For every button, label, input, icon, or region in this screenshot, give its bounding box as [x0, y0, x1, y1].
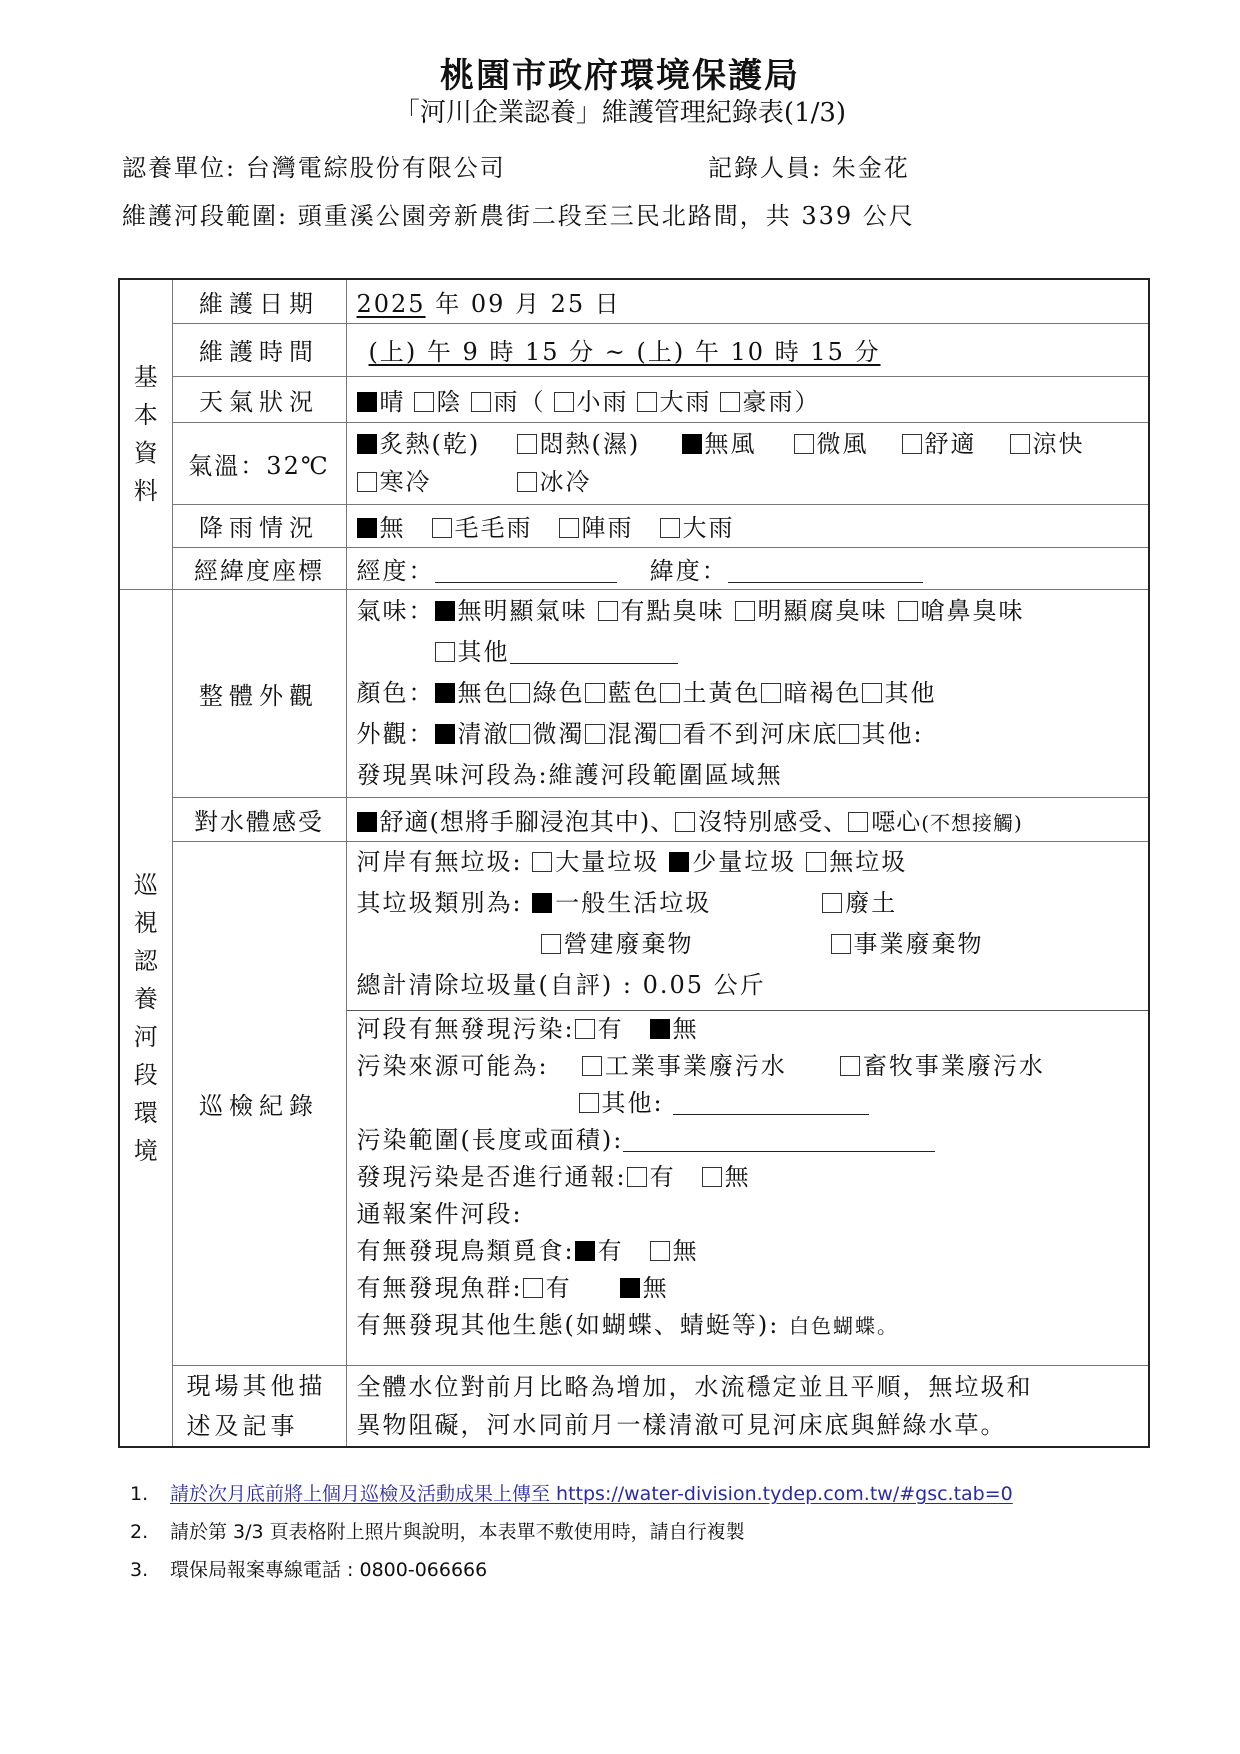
unchecked-box-icon[interactable] — [582, 1056, 602, 1076]
checkbox-label: 無垃圾 — [829, 848, 907, 876]
temperature-line-1: 炙熱(乾)悶熱(濕)無風微風舒適涼快 — [357, 425, 1139, 463]
checkbox-label: 畜牧事業廢污水 — [863, 1052, 1045, 1080]
checked-box-icon[interactable] — [357, 434, 377, 454]
checkbox-label: 其他 — [458, 638, 510, 666]
unchecked-box-icon[interactable] — [840, 1056, 860, 1076]
unchecked-box-icon[interactable] — [585, 683, 605, 703]
row-weather: 天氣狀況 晴陰雨（小雨大雨豪雨） — [119, 376, 1149, 422]
row-time: 維護時間 (上) 午 9 時 15 分 ~ (上) 午 10 時 15 分 — [119, 323, 1149, 376]
checked-box-icon[interactable] — [620, 1278, 640, 1298]
checkbox-option[interactable]: 綠色 — [510, 679, 585, 707]
weather-label: 天氣狀況 — [172, 376, 346, 422]
section-char: 基 — [130, 358, 162, 396]
color-label: 顏色： — [357, 679, 435, 707]
weather-options: 晴陰雨（小雨大雨豪雨） — [346, 376, 1149, 422]
unchecked-box-icon[interactable] — [660, 683, 680, 703]
checkbox-option[interactable]: 少量垃圾 — [669, 848, 796, 876]
checkbox-option[interactable]: 微風 — [794, 425, 902, 463]
checkbox-label: 其他: — [602, 1089, 664, 1117]
checkbox-label: 嗆鼻臭味 — [921, 597, 1025, 625]
other-eco-line: 有無發現其他生態(如蝴蝶、蜻蜓等): 白色蝴蝶。 — [357, 1307, 1139, 1344]
checkbox-option[interactable]: 涼快 — [1010, 425, 1085, 463]
latitude-label: 緯度： — [650, 557, 728, 585]
odor-label: 氣味： — [357, 597, 435, 625]
checkbox-label: 陣雨 — [582, 514, 634, 542]
checkbox-option[interactable]: 無 — [620, 1274, 669, 1302]
odor-section-line: 發現異味河段為:維護河段範圍區域無 — [357, 755, 1139, 796]
note-text: 環保局報案專線電話 : 0800-066666 — [170, 1551, 487, 1589]
checked-box-icon[interactable] — [357, 518, 377, 538]
recorder-line: 記錄人員: 朱金花 — [708, 148, 910, 183]
checkbox-option[interactable]: 其他 — [862, 679, 937, 707]
checkbox-label: 晴 — [380, 388, 406, 416]
trash-line: 河岸有無垃圾: 大量垃圾少量垃圾無垃圾 — [357, 842, 1139, 883]
unchecked-box-icon[interactable] — [575, 1019, 595, 1039]
checkbox-label: 有 — [546, 1274, 572, 1302]
checkbox-option[interactable]: 混濁 — [585, 720, 660, 748]
checked-box-icon[interactable] — [650, 1019, 670, 1039]
birds-label: 有無發現鳥類覓食: — [357, 1237, 575, 1265]
checkbox-option[interactable]: 陰 — [414, 388, 463, 416]
checkbox-option[interactable]: 大雨 — [660, 514, 735, 542]
longitude-field[interactable] — [435, 560, 617, 583]
checkbox-label: 舒適 — [925, 430, 977, 458]
checkbox-option[interactable]: 明顯腐臭味 — [735, 597, 888, 625]
unchecked-box-icon[interactable] — [532, 852, 552, 872]
checkbox-label: 工業事業廢污水 — [605, 1052, 787, 1080]
unchecked-box-icon[interactable] — [414, 392, 434, 412]
adopter-label: 認養單位: — [122, 154, 236, 182]
row-inspection: 巡檢紀錄 河岸有無垃圾: 大量垃圾少量垃圾無垃圾 其垃圾類別為: 一般生活垃圾廢… — [119, 841, 1149, 1365]
remarks-line-1: 全體水位對前月比略為增加，水流穩定並且平順，無垃圾和 — [357, 1368, 1139, 1406]
unchecked-box-icon[interactable] — [720, 392, 740, 412]
checkbox-option[interactable]: 沒特別感受、 — [675, 808, 848, 836]
trash-total-line: 總計清除垃圾量(自評) : 0.05 公斤 — [357, 965, 1139, 1006]
section-char: 養 — [130, 980, 162, 1018]
unchecked-box-icon[interactable] — [517, 472, 537, 492]
checkbox-option[interactable]: 暗褐色 — [761, 679, 862, 707]
section-patrol: 巡視認養河段環境 — [119, 589, 172, 1447]
trash-total-value: 0.05 公斤 — [643, 971, 766, 999]
recorder-value: 朱金花 — [832, 154, 910, 182]
checked-box-icon[interactable] — [435, 724, 455, 744]
unchecked-box-icon[interactable] — [579, 1093, 599, 1113]
appearance-details: 氣味：無明顯氣味有點臭味明顯腐臭味嗆鼻臭味 其他 顏色：無色綠色藍色土黃色暗褐色… — [346, 589, 1149, 797]
unchecked-box-icon[interactable] — [650, 1241, 670, 1261]
checkbox-option[interactable]: 有點臭味 — [598, 597, 725, 625]
checkbox-option[interactable]: 無風 — [682, 425, 794, 463]
source-label: 污染來源可能為: — [357, 1052, 549, 1080]
checkbox-label: 土黃色 — [683, 679, 761, 707]
checkbox-option[interactable]: 微濁 — [510, 720, 585, 748]
checkbox-label: 大量垃圾 — [555, 848, 659, 876]
extent-label: 污染範圍(長度或面積): — [357, 1126, 624, 1154]
checkbox-option[interactable]: 其他: — [579, 1089, 664, 1117]
source-line: 污染來源可能為: 工業事業廢污水畜牧事業廢污水 — [357, 1048, 1139, 1085]
footer-notes: 1. 請於次月底前將上個月巡檢及活動成果上傳至 https://water-di… — [130, 1475, 1013, 1589]
trash-type-line-2: 營建廢棄物事業廢棄物 — [357, 924, 1139, 965]
checkbox-label: 暗褐色 — [784, 679, 862, 707]
remarks-line-2: 異物阻礙，河水同前月一樣清澈可見河床底與鮮綠水草。 — [357, 1406, 1139, 1444]
checkbox-option[interactable]: 工業事業廢污水 — [582, 1052, 787, 1080]
recorder-label: 記錄人員: — [708, 154, 822, 182]
remarks-label: 現場其他描 述及記事 — [172, 1365, 346, 1447]
section-char: 河 — [130, 1018, 162, 1056]
report-line: 發現污染是否進行通報:有無 — [357, 1159, 1139, 1196]
checkbox-label: 明顯腐臭味 — [758, 597, 888, 625]
remarks-text[interactable]: 全體水位對前月比略為增加，水流穩定並且平順，無垃圾和 異物阻礙，河水同前月一樣清… — [346, 1365, 1149, 1447]
checkbox-label: 微濁 — [533, 720, 585, 748]
trash-label: 河岸有無垃圾: — [357, 848, 523, 876]
rain-label: 降雨情況 — [172, 504, 346, 547]
checked-box-icon[interactable] — [669, 852, 689, 872]
section-patrol-label: 巡視認養河段環境 — [130, 866, 162, 1170]
checkbox-option[interactable]: 藍色 — [585, 679, 660, 707]
checkbox-option[interactable]: 畜牧事業廢污水 — [840, 1052, 1045, 1080]
checkbox-option[interactable]: 小雨 — [554, 388, 629, 416]
checkbox-label: 冰冷 — [540, 468, 592, 496]
checkbox-option[interactable]: 一般生活垃圾 — [532, 889, 711, 917]
checkbox-option[interactable]: 嗆鼻臭味 — [898, 597, 1025, 625]
coords-value: 經度： 緯度： — [346, 547, 1149, 589]
odor-section-value: 維護河段範圍區域無 — [549, 761, 783, 789]
checkbox-option[interactable]: 舒適 — [902, 425, 1010, 463]
checkbox-option[interactable]: 廢土 — [822, 889, 897, 917]
unchecked-box-icon[interactable] — [510, 724, 530, 744]
unchecked-box-icon[interactable] — [471, 392, 491, 412]
page-title: 桃園市政府環境保護局 — [0, 48, 1240, 97]
unchecked-box-icon[interactable] — [702, 1167, 722, 1187]
other-eco-value: 白色蝴蝶。 — [789, 1314, 899, 1338]
checkbox-label: 舒適(想將手腳浸泡其中)、 — [380, 808, 676, 836]
odor-other-line: 其他 — [357, 632, 1139, 673]
odor-line: 氣味：無明顯氣味有點臭味明顯腐臭味嗆鼻臭味 — [357, 591, 1139, 632]
checkbox-label: 有 — [598, 1237, 624, 1265]
feeling-label: 對水體感受 — [172, 797, 346, 841]
checkbox-label: 涼快 — [1033, 430, 1085, 458]
time-label: 維護時間 — [172, 323, 346, 376]
checkbox-option[interactable]: 豪雨） — [720, 388, 821, 416]
row-water-feeling: 對水體感受 舒適(想將手腳浸泡其中)、沒特別感受、噁心(不想接觸) — [119, 797, 1149, 841]
checked-box-icon[interactable] — [575, 1241, 595, 1261]
inspection-details: 河岸有無垃圾: 大量垃圾少量垃圾無垃圾 其垃圾類別為: 一般生活垃圾廢土 營建廢… — [346, 841, 1149, 1365]
adopter-line: 認養單位: 台灣電綜股份有限公司 — [122, 148, 506, 183]
color-line: 顏色：無色綠色藍色土黃色暗褐色其他 — [357, 673, 1139, 714]
checkbox-label: 清澈 — [458, 720, 510, 748]
checkbox-option[interactable]: 有 — [575, 1015, 624, 1043]
unchecked-box-icon[interactable] — [637, 392, 657, 412]
checkbox-label: 其他 — [885, 679, 937, 707]
checkbox-label: 無 — [673, 1015, 699, 1043]
note-text: 請於第 3/3 頁表格附上照片與說明，本表單不敷使用時，請自行複製 — [170, 1513, 745, 1551]
checkbox-option[interactable]: 雨（ — [471, 388, 546, 416]
checkbox-label: 雨（ — [494, 388, 546, 416]
feeling-note: (不想接觸) — [921, 811, 1023, 835]
checkbox-label: 無色 — [458, 679, 510, 707]
note-number: 1. — [130, 1475, 170, 1513]
checkbox-option[interactable]: 有 — [523, 1274, 572, 1302]
checkbox-label: 看不到河床底 — [683, 720, 839, 748]
checkbox-option[interactable]: 晴 — [357, 388, 406, 416]
birds-line: 有無發現鳥類覓食:有無 — [357, 1233, 1139, 1270]
checkbox-option[interactable]: 其他: — [839, 720, 924, 748]
checkbox-label: 事業廢棄物 — [854, 930, 984, 958]
remarks-label-line-2: 述及記事 — [187, 1406, 336, 1446]
unchecked-box-icon[interactable] — [1010, 434, 1030, 454]
unchecked-box-icon[interactable] — [432, 518, 452, 538]
checkbox-label: 小雨 — [577, 388, 629, 416]
section-char: 環 — [130, 1094, 162, 1132]
checkbox-label: 無風 — [705, 430, 757, 458]
unchecked-box-icon[interactable] — [848, 812, 868, 832]
temperature-line-2: 寒冷冰冷 — [357, 463, 1139, 501]
checked-box-icon[interactable] — [435, 683, 455, 703]
checkbox-option[interactable]: 無 — [650, 1237, 699, 1265]
trash-type-line-1: 其垃圾類別為: 一般生活垃圾廢土 — [357, 883, 1139, 924]
pollution-line: 河段有無發現污染:有無 — [357, 1011, 1139, 1048]
section-char: 境 — [130, 1132, 162, 1170]
unchecked-box-icon[interactable] — [559, 518, 579, 538]
maintenance-record-table: 基本資料 維護日期 2025 年 09 月 25 日 維護時間 (上) 午 9 … — [118, 278, 1150, 1448]
checkbox-option[interactable]: 大雨 — [637, 388, 712, 416]
checkbox-label: 營建廢棄物 — [564, 930, 694, 958]
extent-field[interactable] — [623, 1129, 935, 1152]
checkbox-option[interactable]: 無垃圾 — [806, 848, 907, 876]
checkbox-option[interactable]: 無 — [357, 514, 406, 542]
checkbox-label: 炙熱(乾) — [380, 430, 481, 458]
unchecked-box-icon[interactable] — [862, 683, 882, 703]
odor-section-label: 發現異味河段為: — [357, 761, 549, 789]
unchecked-box-icon[interactable] — [735, 601, 755, 621]
checkbox-label: 其他: — [862, 720, 924, 748]
checkbox-option[interactable]: 其他 — [435, 638, 510, 666]
date-label: 維護日期 — [172, 279, 346, 323]
inspection-label: 巡檢紀錄 — [172, 841, 346, 1365]
checkbox-option[interactable]: 噁心 — [848, 808, 921, 836]
checkbox-option[interactable]: 有 — [575, 1237, 624, 1265]
source-other-field[interactable] — [673, 1092, 869, 1115]
unchecked-box-icon[interactable] — [554, 392, 574, 412]
appearance-label: 整體外觀 — [172, 589, 346, 797]
row-temperature: 氣溫：32℃ 炙熱(乾)悶熱(濕)無風微風舒適涼快寒冷冰冷 — [119, 422, 1149, 504]
checkbox-option[interactable]: 冰冷 — [517, 463, 592, 501]
unchecked-box-icon[interactable] — [517, 434, 537, 454]
time-value[interactable]: (上) 午 9 時 15 分 ~ (上) 午 10 時 15 分 — [346, 323, 1149, 376]
look-label: 外觀： — [357, 720, 435, 748]
section-char: 料 — [130, 472, 162, 510]
checkbox-option[interactable]: 舒適(想將手腳浸泡其中)、 — [357, 808, 676, 836]
checkbox-option[interactable]: 無明顯氣味 — [435, 597, 588, 625]
adopter-value: 台灣電綜股份有限公司 — [246, 154, 506, 182]
remarks-label-line-1: 現場其他描 — [187, 1366, 336, 1406]
checkbox-label: 廢土 — [845, 889, 897, 917]
row-remarks: 現場其他描 述及記事 全體水位對前月比略為增加，水流穩定並且平順，無垃圾和 異物… — [119, 1365, 1149, 1447]
checkbox-option[interactable]: 無 — [702, 1163, 751, 1191]
date-value[interactable]: 2025 年 09 月 25 日 — [346, 279, 1149, 323]
date-rest: 年 09 月 25 日 — [435, 290, 621, 318]
look-line: 外觀：清澈微濁混濁看不到河床底其他: — [357, 714, 1139, 755]
temperature-label: 氣溫：32℃ — [172, 422, 346, 504]
checkbox-option[interactable]: 事業廢棄物 — [831, 930, 984, 958]
checkbox-option[interactable]: 寒冷 — [357, 463, 517, 501]
checkbox-label: 綠色 — [533, 679, 585, 707]
checkbox-option[interactable]: 看不到河床底 — [660, 720, 839, 748]
checkbox-option[interactable]: 土黃色 — [660, 679, 761, 707]
checkbox-option[interactable]: 炙熱(乾) — [357, 425, 517, 463]
section-char: 巡 — [130, 866, 162, 904]
coords-label: 經緯度座標 — [172, 547, 346, 589]
checkbox-label: 一般生活垃圾 — [555, 889, 711, 917]
range-label: 維護河段範圍: — [122, 202, 288, 230]
checked-box-icon[interactable] — [357, 812, 377, 832]
checkbox-label: 無明顯氣味 — [458, 597, 588, 625]
unchecked-box-icon[interactable] — [585, 724, 605, 744]
checkbox-label: 寒冷 — [380, 468, 432, 496]
checkbox-option[interactable]: 無色 — [435, 679, 510, 707]
checkbox-label: 無 — [643, 1274, 669, 1302]
note-1: 1. 請於次月底前將上個月巡檢及活動成果上傳至 https://water-di… — [130, 1475, 1013, 1513]
trash-total-label: 總計清除垃圾量(自評) : — [357, 971, 633, 999]
checkbox-label: 有 — [598, 1015, 624, 1043]
checked-box-icon[interactable] — [682, 434, 702, 454]
section-char: 認 — [130, 942, 162, 980]
section-char: 段 — [130, 1056, 162, 1094]
checkbox-option[interactable]: 有 — [627, 1163, 676, 1191]
checkbox-option[interactable]: 大量垃圾 — [532, 848, 659, 876]
checkbox-label: 悶熱(濕) — [540, 430, 641, 458]
unchecked-box-icon[interactable] — [831, 934, 851, 954]
unchecked-box-icon[interactable] — [598, 601, 618, 621]
longitude-label: 經度： — [357, 557, 435, 585]
checkbox-option[interactable]: 清澈 — [435, 720, 510, 748]
unchecked-box-icon[interactable] — [660, 724, 680, 744]
form-subtitle: 「河川企業認養」維護管理紀錄表(1/3) — [0, 92, 1240, 129]
checkbox-label: 豪雨） — [743, 388, 821, 416]
checkbox-option[interactable]: 悶熱(濕) — [517, 425, 682, 463]
checkbox-option[interactable]: 陣雨 — [559, 514, 634, 542]
unchecked-box-icon[interactable] — [541, 934, 561, 954]
checkbox-label: 有點臭味 — [621, 597, 725, 625]
note-3: 3. 環保局報案專線電話 : 0800-066666 — [130, 1551, 1013, 1589]
checkbox-option[interactable]: 無 — [650, 1015, 699, 1043]
note-2: 2. 請於第 3/3 頁表格附上照片與說明，本表單不敷使用時，請自行複製 — [130, 1513, 1013, 1551]
unchecked-box-icon[interactable] — [510, 683, 530, 703]
source-other-line: 其他: — [357, 1085, 1139, 1122]
fish-line: 有無發現魚群:有無 — [357, 1270, 1139, 1307]
checked-box-icon[interactable] — [357, 392, 377, 412]
unchecked-box-icon[interactable] — [822, 893, 842, 913]
odor-other-field[interactable] — [510, 641, 678, 664]
extent-line: 污染範圍(長度或面積): — [357, 1122, 1139, 1159]
range-value: 頭重溪公園旁新農街二段至三民北路間，共 339 公尺 — [298, 202, 915, 230]
unchecked-box-icon[interactable] — [839, 724, 859, 744]
row-coordinates: 經緯度座標 經度： 緯度： — [119, 547, 1149, 589]
unchecked-box-icon[interactable] — [627, 1167, 647, 1187]
rain-options: 無毛毛雨陣雨大雨 — [346, 504, 1149, 547]
unchecked-box-icon[interactable] — [523, 1278, 543, 1298]
section-char: 視 — [130, 904, 162, 942]
upload-link[interactable]: 請於次月底前將上個月巡檢及活動成果上傳至 https://water-divis… — [170, 1475, 1013, 1513]
fish-label: 有無發現魚群: — [357, 1274, 523, 1302]
unchecked-box-icon[interactable] — [660, 518, 680, 538]
checkbox-option[interactable]: 毛毛雨 — [432, 514, 533, 542]
checkbox-label: 混濁 — [608, 720, 660, 748]
checkbox-label: 毛毛雨 — [455, 514, 533, 542]
section-char: 資 — [130, 434, 162, 472]
checkbox-label: 陰 — [437, 388, 463, 416]
checkbox-label: 噁心 — [871, 808, 921, 836]
checkbox-label: 無 — [380, 514, 406, 542]
temperature-options: 炙熱(乾)悶熱(濕)無風微風舒適涼快寒冷冰冷 — [346, 422, 1149, 504]
checkbox-label: 無 — [725, 1163, 751, 1191]
checkbox-label: 藍色 — [608, 679, 660, 707]
other-eco-label: 有無發現其他生態(如蝴蝶、蜻蜓等): — [357, 1311, 780, 1339]
unchecked-box-icon[interactable] — [898, 601, 918, 621]
trash-type-label: 其垃圾類別為: — [357, 889, 523, 917]
latitude-field[interactable] — [728, 560, 923, 583]
date-year: 2025 — [357, 290, 426, 318]
checked-box-icon[interactable] — [435, 601, 455, 621]
section-basic-label: 基本資料 — [130, 358, 162, 510]
unchecked-box-icon[interactable] — [806, 852, 826, 872]
unchecked-box-icon[interactable] — [761, 683, 781, 703]
row-rain: 降雨情況 無毛毛雨陣雨大雨 — [119, 504, 1149, 547]
report-section-line: 通報案件河段: — [357, 1196, 1139, 1233]
unchecked-box-icon[interactable] — [435, 642, 455, 662]
pollution-label: 河段有無發現污染: — [357, 1015, 575, 1043]
section-basic: 基本資料 — [119, 279, 172, 589]
row-appearance: 巡視認養河段環境 整體外觀 氣味：無明顯氣味有點臭味明顯腐臭味嗆鼻臭味 其他 顏… — [119, 589, 1149, 797]
unchecked-box-icon[interactable] — [794, 434, 814, 454]
range-line: 維護河段範圍: 頭重溪公園旁新農街二段至三民北路間，共 339 公尺 — [122, 196, 915, 231]
checkbox-label: 大雨 — [660, 388, 712, 416]
report-section-label: 通報案件河段: — [357, 1200, 523, 1228]
unchecked-box-icon[interactable] — [902, 434, 922, 454]
checked-box-icon[interactable] — [532, 893, 552, 913]
unchecked-box-icon[interactable] — [675, 812, 695, 832]
checkbox-label: 沒特別感受、 — [698, 808, 848, 836]
note-number: 2. — [130, 1513, 170, 1551]
note-number: 3. — [130, 1551, 170, 1589]
row-date: 基本資料 維護日期 2025 年 09 月 25 日 — [119, 279, 1149, 323]
unchecked-box-icon[interactable] — [357, 472, 377, 492]
checkbox-label: 大雨 — [683, 514, 735, 542]
feeling-options: 舒適(想將手腳浸泡其中)、沒特別感受、噁心(不想接觸) — [346, 797, 1149, 841]
checkbox-label: 無 — [673, 1237, 699, 1265]
checkbox-label: 微風 — [817, 430, 869, 458]
time-range: (上) 午 9 時 15 分 ~ (上) 午 10 時 15 分 — [369, 338, 881, 366]
checkbox-label: 有 — [650, 1163, 676, 1191]
checkbox-option[interactable]: 營建廢棄物 — [541, 930, 694, 958]
report-label: 發現污染是否進行通報: — [357, 1163, 627, 1191]
checkbox-label: 少量垃圾 — [692, 848, 796, 876]
section-char: 本 — [130, 396, 162, 434]
